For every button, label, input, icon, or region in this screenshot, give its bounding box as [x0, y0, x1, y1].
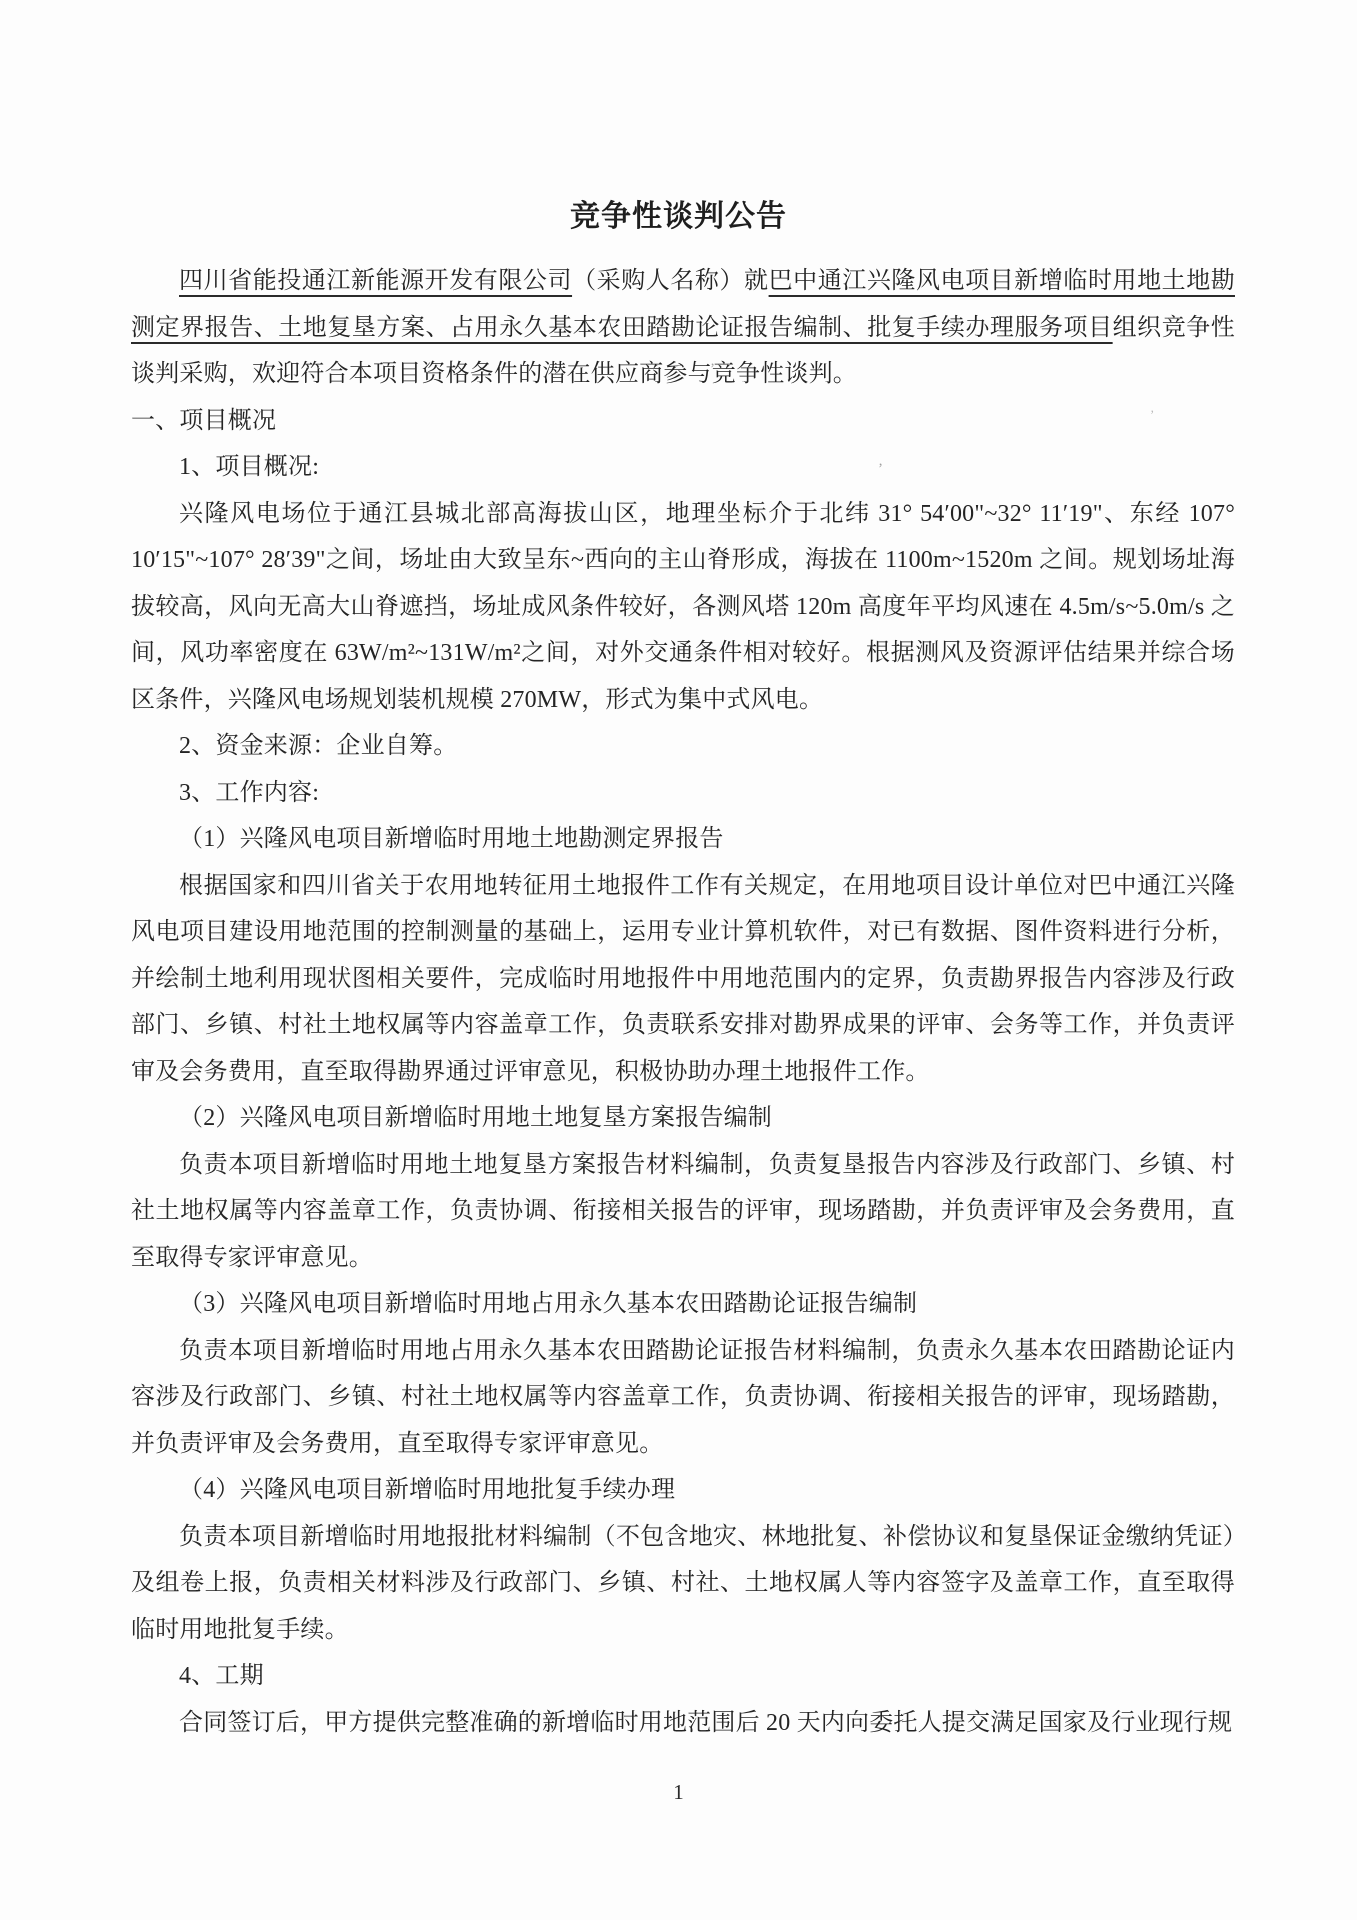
work-item-3-title: （3）兴隆风电项目新增临时用地占用永久基本农田踏勘论证报告编制: [131, 1281, 1235, 1328]
work-item-2-description: 负责本项目新增临时用地土地复垦方案报告材料编制，负责复垦报告内容涉及行政部门、乡…: [131, 1142, 1235, 1282]
section-heading-project-overview: 一、项目概况: [131, 398, 1235, 445]
purchaser-name-underlined: 四川省能投通江新能源开发有限公司: [179, 268, 572, 294]
work-item-3-description: 负责本项目新增临时用地占用永久基本农田踏勘论证报告材料编制，负责永久基本农田踏勘…: [131, 1328, 1235, 1468]
scan-artifact: ’: [1150, 408, 1154, 421]
item-4-schedule: 4、工期: [131, 1653, 1235, 1700]
work-item-1-title: （1）兴隆风电项目新增临时用地土地勘测定界报告: [131, 816, 1235, 863]
item-2-funding-source: 2、资金来源：企业自筹。: [131, 723, 1235, 770]
page-number: 1: [0, 1778, 1357, 1806]
scanned-document-page: 竞争性谈判公告 四川省能投通江新能源开发有限公司（采购人名称）就巴中通江兴隆风电…: [0, 0, 1357, 1920]
work-item-1-description: 根据国家和四川省关于农用地转征用土地报件工作有关规定，在用地项目设计单位对巴中通…: [131, 863, 1235, 1096]
document-title: 竞争性谈判公告: [0, 0, 1357, 258]
item-1-project-overview: 1、项目概况:: [131, 444, 1235, 491]
work-item-4-title: （4）兴隆风电项目新增临时用地批复手续办理: [131, 1467, 1235, 1514]
purchaser-note: （采购人名称）就: [572, 268, 769, 294]
para-schedule: 合同签订后，甲方提供完整准确的新增临时用地范围后 20 天内向委托人提交满足国家…: [131, 1700, 1235, 1747]
work-item-4-description: 负责本项目新增临时用地报批材料编制（不包含地灾、林地批复、补偿协议和复垦保证金缴…: [131, 1514, 1235, 1654]
item-3-work-content: 3、工作内容:: [131, 770, 1235, 817]
work-item-2-title: （2）兴隆风电项目新增临时用地土地复垦方案报告编制: [131, 1095, 1235, 1142]
intro-paragraph: 四川省能投通江新能源开发有限公司（采购人名称）就巴中通江兴隆风电项目新增临时用地…: [131, 258, 1235, 398]
para-project-overview: 兴隆风电场位于通江县城北部高海拔山区，地理坐标介于北纬 31° 54′00"~3…: [131, 491, 1235, 724]
scan-artifact: ’: [710, 362, 715, 377]
scan-artifact: ’: [878, 462, 883, 477]
document-body: 四川省能投通江新能源开发有限公司（采购人名称）就巴中通江兴隆风电项目新增临时用地…: [131, 258, 1235, 1746]
